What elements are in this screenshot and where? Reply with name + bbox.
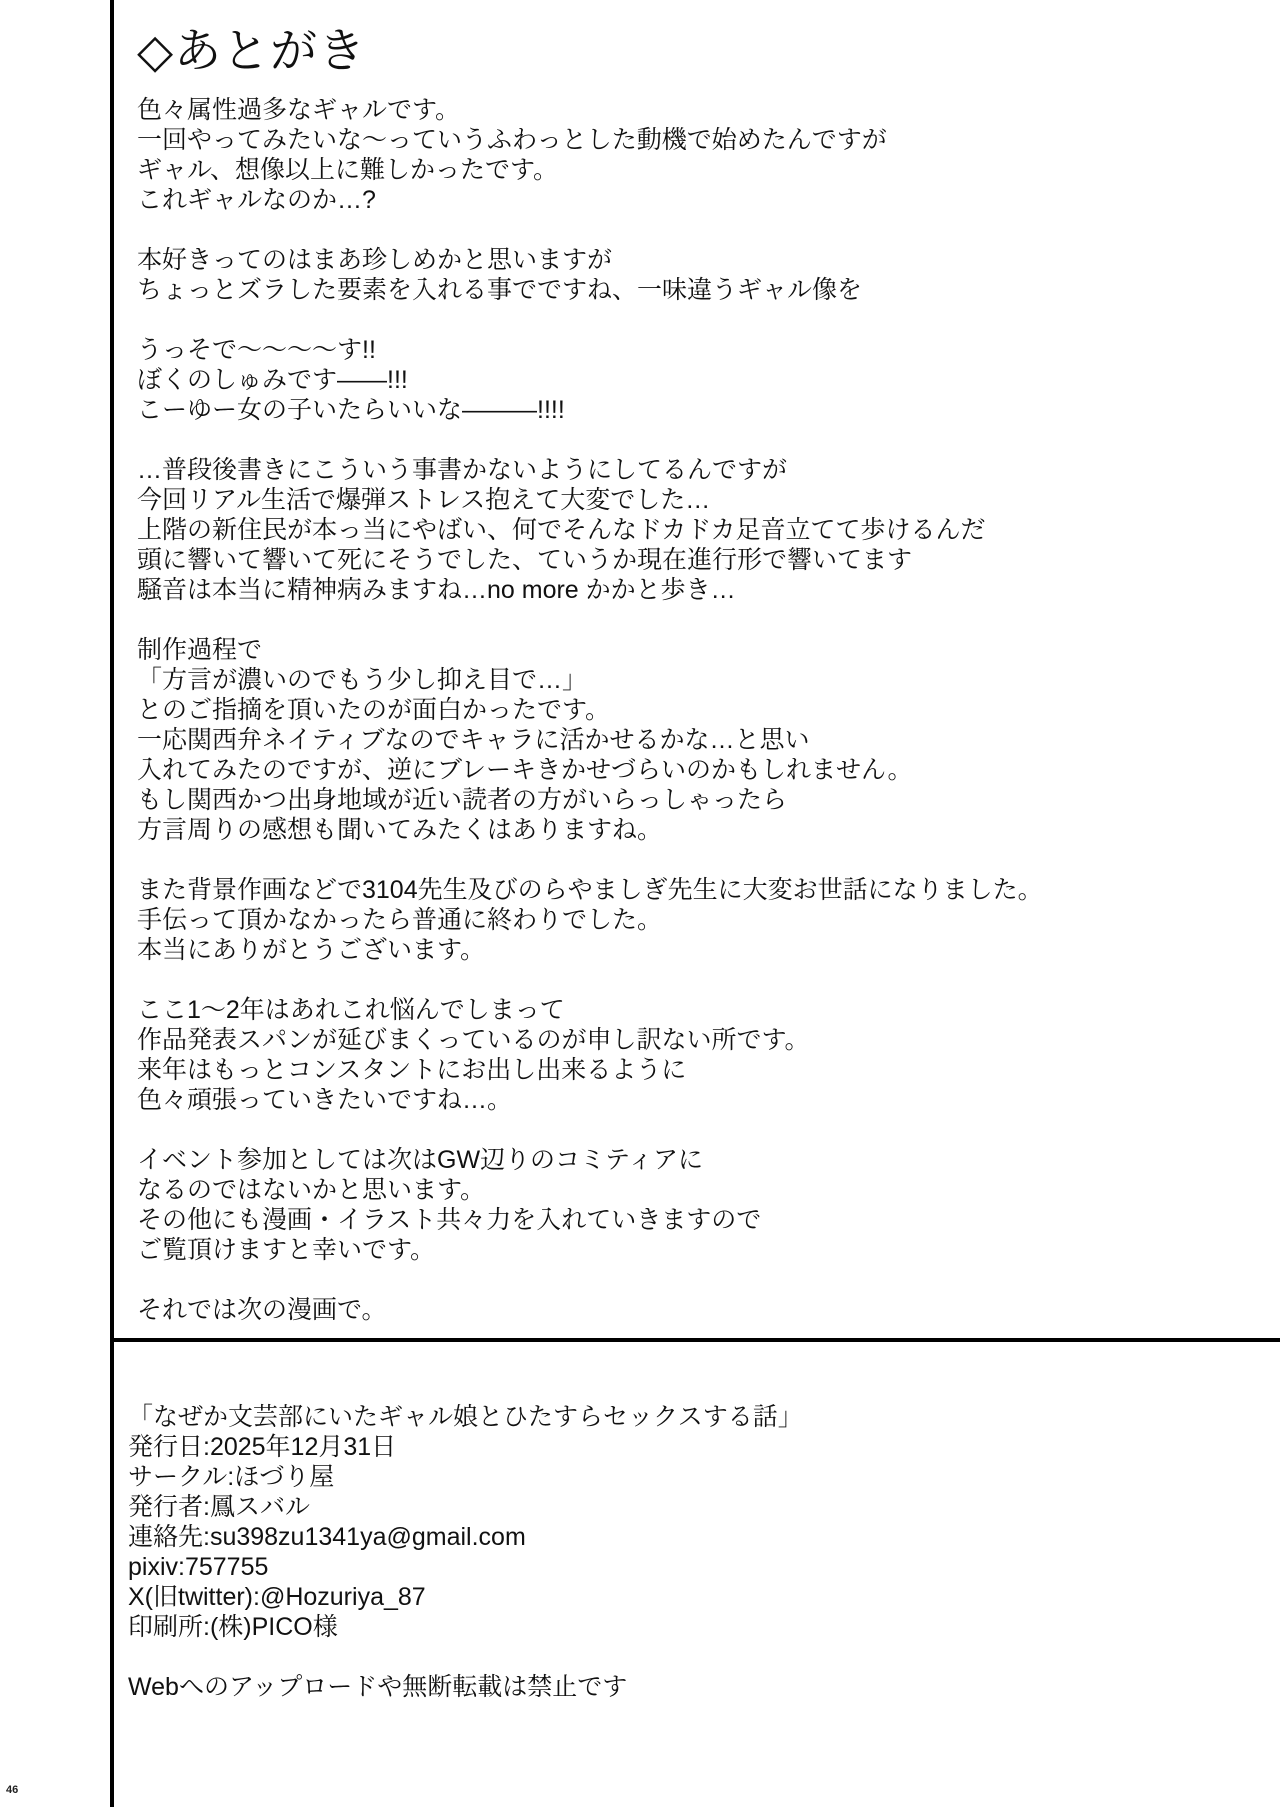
afterword-paragraph: ここ1〜2年はあれこれ悩んでしまって 作品発表スパンが延びまくっているのが申し訳… (137, 995, 1247, 1115)
section-divider (112, 1338, 1280, 1342)
colophon-publish-date: 発行日:2025年12月31日 (128, 1432, 1228, 1462)
afterword-paragraph: それでは次の漫画で。 (137, 1295, 1247, 1325)
page-number: 46 (6, 1784, 18, 1796)
afterword-section: ◇あとがき 色々属性過多なギャルです。 一回やってみたいな〜っていうふわっとした… (137, 0, 1247, 1355)
page-border-line (110, 0, 114, 1807)
afterword-paragraph: 制作過程で 「方言が濃いのでもう少し抑え目で…」 とのご指摘を頂いたのが面白かっ… (137, 635, 1247, 845)
afterword-paragraph: 本好きってのはまあ珍しめかと思いますが ちょっとズラした要素を入れる事でですね、… (137, 245, 1247, 305)
afterword-paragraph: 色々属性過多なギャルです。 一回やってみたいな〜っていうふわっとした動機で始めた… (137, 95, 1247, 215)
colophon-x-account: X(旧twitter):@Hozuriya_87 (128, 1582, 1228, 1612)
colophon-circle: サークル:ほづり屋 (128, 1462, 1228, 1492)
afterword-paragraph: うっそで〜〜〜〜す!! ぼくのしゅみです――!!! こーゆー女の子いたらいいな―… (137, 335, 1247, 425)
afterword-paragraph: …普段後書きにこういう事書かないようにしてるんですが 今回リアル生活で爆弾ストレ… (137, 455, 1247, 605)
afterword-paragraph: イベント参加としては次はGW辺りのコミティアに なるのではないかと思います。 そ… (137, 1145, 1247, 1265)
colophon-printer: 印刷所:(株)PICO様 (128, 1612, 1228, 1642)
colophon-contact-email: 連絡先:su398zu1341ya@gmail.com (128, 1522, 1228, 1552)
colophon-pixiv-id: pixiv:757755 (128, 1552, 1228, 1582)
colophon: 「なぜか文芸部にいたギャル娘とひたすらセックスする話」 発行日:2025年12月… (128, 1402, 1228, 1702)
colophon-book-title: 「なぜか文芸部にいたギャル娘とひたすらセックスする話」 (128, 1402, 1228, 1432)
afterword-paragraph: また背景作画などで3104先生及びのらやましぎ先生に大変お世話になりました。 手… (137, 875, 1247, 965)
afterword-page: ◇あとがき 色々属性過多なギャルです。 一回やってみたいな〜っていうふわっとした… (0, 0, 1280, 1807)
afterword-title: ◇あとがき (137, 22, 1247, 81)
upload-prohibition-notice: Webへのアップロードや無断転載は禁止です (128, 1672, 1228, 1702)
colophon-publisher: 発行者:鳳スバル (128, 1492, 1228, 1522)
